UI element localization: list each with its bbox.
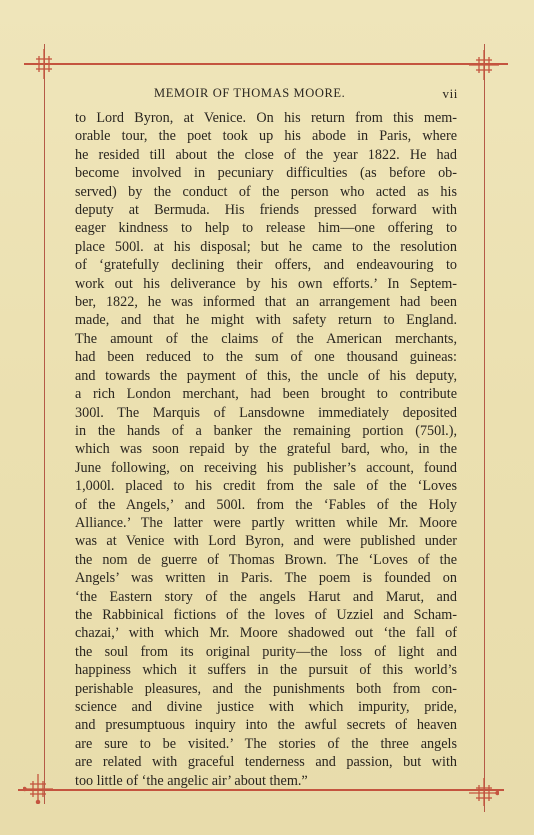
text-line: the nom de guerre of Thomas Brown. The ‘… [75, 551, 457, 569]
text-line: a rich London merchant, had been brought… [75, 385, 457, 403]
frame-left-rule [44, 44, 45, 804]
text-line: which was soon repaid by the grateful ba… [75, 440, 457, 458]
text-line: had been reduced to the sum of one thous… [75, 348, 457, 366]
text-line: The amount of the claims of the American… [75, 330, 457, 348]
text-line: Angels’ was written in Paris. The poem i… [75, 569, 457, 587]
text-line: are related with graceful tenderness and… [75, 753, 457, 771]
text-line: chazai,’ with which Mr. Moore shadowed o… [75, 624, 457, 642]
text-line: ber, 1822, he was informed that an arran… [75, 293, 457, 311]
text-line: perishable pleasures, and the punishment… [75, 680, 457, 698]
text-line: June following, on receiving his publish… [75, 459, 457, 477]
text-line: are sure to be visited.’ The stories of … [75, 735, 457, 753]
text-line: ‘the Eastern story of the angels Harut a… [75, 588, 457, 606]
text-line: and towards the payment of this, the unc… [75, 367, 457, 385]
text-line: 300l. The Marquis of Lansdowne immediate… [75, 404, 457, 422]
text-line: eager kindness to help to release him—on… [75, 219, 457, 237]
text-line: science and divine justice with which im… [75, 698, 457, 716]
frame-top-rule [24, 63, 508, 65]
corner-cross-ornament-top-right [469, 50, 499, 80]
corner-cross-ornament-bottom-left [23, 774, 53, 804]
text-line: place 500l. at his disposal; but he came… [75, 238, 457, 256]
text-line: and presumptuous inquiry into the awful … [75, 716, 457, 734]
text-line: served) by the conduct of the person who… [75, 183, 457, 201]
body-text: to Lord Byron, at Venice. On his return … [75, 109, 457, 790]
text-line: the Rabbinical fictions of the loves of … [75, 606, 457, 624]
text-line: orable tour, the poet took up his abode … [75, 127, 457, 145]
text-line: was at Venice with Lord Byron, and were … [75, 532, 457, 550]
text-line: 1,000l. placed to his credit from the sa… [75, 477, 457, 495]
running-head-title: MEMOIR OF THOMAS MOORE. [154, 86, 345, 101]
text-line: in the hands of a banker the remaining p… [75, 422, 457, 440]
text-line-final: too little of ‘the angelic air’ about th… [75, 772, 457, 790]
text-line: to Lord Byron, at Venice. On his return … [75, 109, 457, 127]
text-line: Alliance.’ The latter were partly writte… [75, 514, 457, 532]
text-line: made, and that he might with safety retu… [75, 311, 457, 329]
frame-right-rule [484, 44, 485, 812]
text-line: of the Angels,’ and 500l. from the ‘Fabl… [75, 496, 457, 514]
text-line: of ‘gratefully declining their offers, a… [75, 256, 457, 274]
running-head: MEMOIR OF THOMAS MOORE. vii [78, 86, 458, 104]
page-number: vii [442, 86, 458, 102]
text-line: happiness which it suffers in the pursui… [75, 661, 457, 679]
text-line: become involved in pecuniary difficultie… [75, 164, 457, 182]
corner-cross-ornament-bottom-right [469, 778, 499, 808]
corner-cross-ornament-top-left [29, 49, 59, 79]
text-line: deputy at Bermuda. His friends pressed f… [75, 201, 457, 219]
text-line: he resided till about the close of the y… [75, 146, 457, 164]
text-line: the soul from its original purity—the lo… [75, 643, 457, 661]
text-line: work out his deliverance by his own effo… [75, 275, 457, 293]
